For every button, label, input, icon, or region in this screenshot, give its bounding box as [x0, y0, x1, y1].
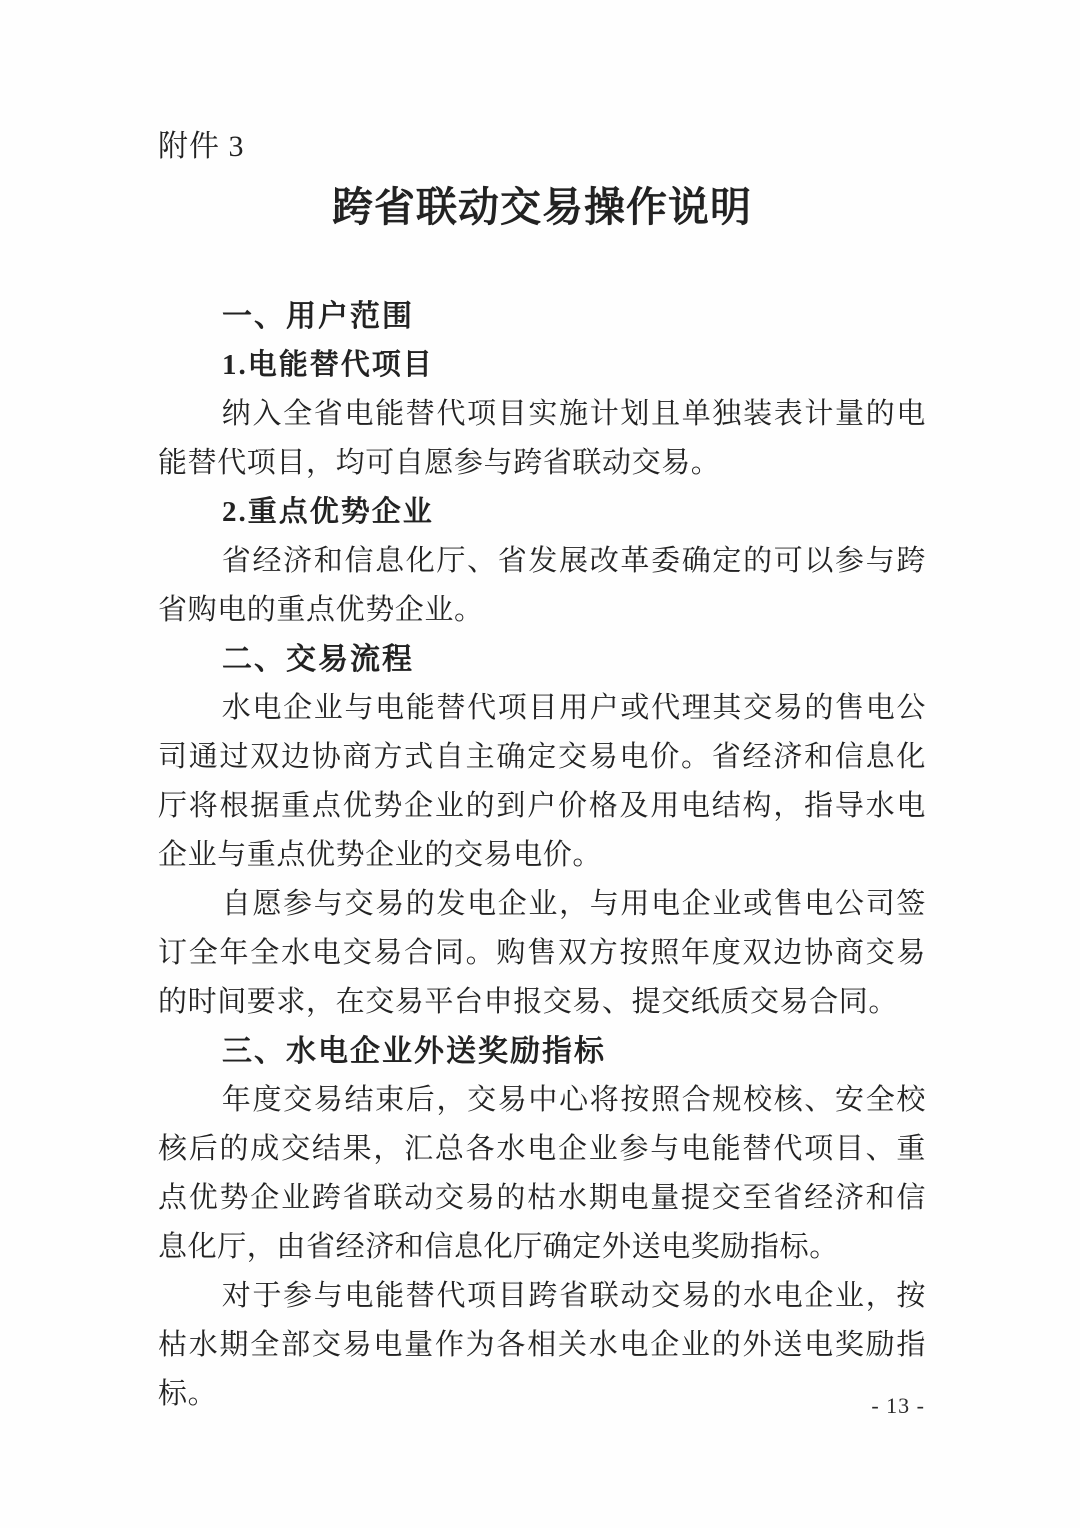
section-heading-transaction-process: 二、交易流程	[158, 635, 926, 684]
attachment-label: 附件 3	[158, 128, 926, 166]
paragraph-annual-settlement: 年度交易结束后，交易中心将按照合规校核、安全校核后的成交结果，汇总各水电企业参与…	[158, 1076, 926, 1272]
document-content: 附件 3 跨省联动交易操作说明 一、用户范围 1.电能替代项目 纳入全省电能替代…	[158, 128, 926, 1419]
page-number: - 13 -	[871, 1393, 925, 1419]
paragraph-electric-substitution-scope: 纳入全省电能替代项目实施计划且单独装表计量的电能替代项目，均可自愿参与跨省联动交…	[158, 390, 926, 488]
paragraph-price-negotiation: 水电企业与电能替代项目用户或代理其交易的售电公司通过双边协商方式自主确定交易电价…	[158, 684, 926, 880]
page-title: 跨省联动交易操作说明	[158, 180, 926, 234]
subheading-electric-substitution-project: 1.电能替代项目	[158, 341, 926, 390]
section-heading-user-scope: 一、用户范围	[158, 292, 926, 341]
paragraph-contract-signing: 自愿参与交易的发电企业，与用电企业或售电公司签订全年全水电交易合同。购售双方按照…	[158, 880, 926, 1027]
document-page: 附件 3 跨省联动交易操作说明 一、用户范围 1.电能替代项目 纳入全省电能替代…	[0, 0, 1080, 1528]
section-heading-hydropower-reward-index: 三、水电企业外送奖励指标	[158, 1027, 926, 1076]
paragraph-key-advantage-enterprises-scope: 省经济和信息化厅、省发展改革委确定的可以参与跨省购电的重点优势企业。	[158, 537, 926, 635]
subheading-key-advantage-enterprises: 2.重点优势企业	[158, 488, 926, 537]
paragraph-dry-season-reward: 对于参与电能替代项目跨省联动交易的水电企业，按枯水期全部交易电量作为各相关水电企…	[158, 1272, 926, 1419]
